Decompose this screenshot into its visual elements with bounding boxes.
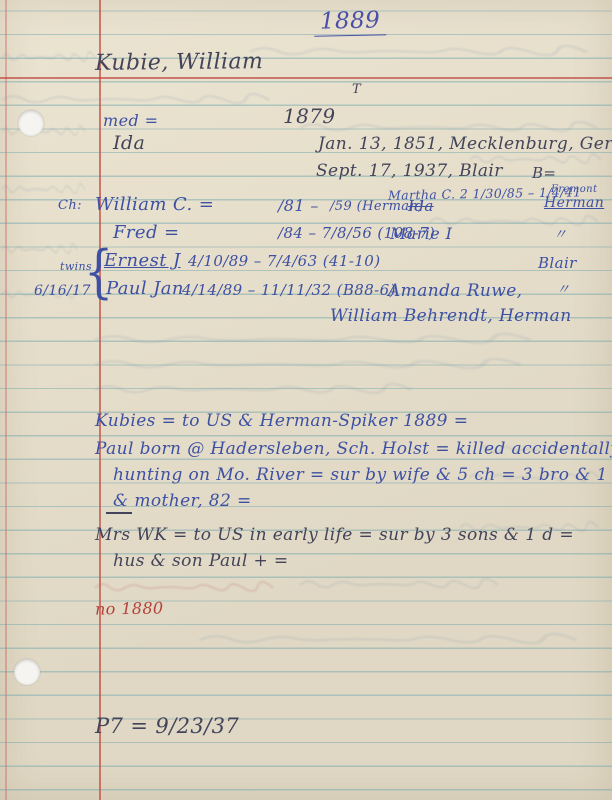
note-line: Mrs WK = to US in early life = sur by 3 …	[95, 525, 574, 545]
red-annotation: no 1880	[95, 598, 164, 618]
note-line: & mother, 82 =	[113, 491, 252, 511]
wife-name: Ida	[113, 132, 145, 154]
birth-line: Jan. 13, 1851, Mecklenburg, Ger	[318, 134, 612, 154]
child-name: William C. =	[95, 194, 214, 215]
t-mark: T	[352, 82, 361, 97]
child-place: Blair	[538, 254, 577, 272]
child-dates: 4/10/89 – 7/4/63 (41-10)	[188, 252, 380, 270]
child-dates: /81 –	[278, 196, 319, 215]
death-line: Sept. 17, 1937, Blair	[316, 161, 503, 181]
note-line: Paul born @ Hadersleben, Sch. Holst = ki…	[95, 439, 612, 459]
child-name: Fred =	[113, 222, 179, 243]
page-year-title: 1889	[314, 7, 387, 37]
child-spouse: Marie I	[390, 224, 452, 243]
top-red-line	[0, 77, 612, 79]
margin-date: 6/16/17	[34, 283, 91, 299]
footer-reference: P7 = 9/23/37	[95, 714, 239, 738]
buried-mark: B=	[532, 164, 556, 182]
margin-red-line	[99, 0, 101, 800]
witness-line: William Behrendt, Herman	[330, 306, 572, 326]
left-edge-red-line	[5, 0, 7, 800]
wed-year: 1879	[283, 104, 336, 128]
surname-heading: Kubie, William	[95, 49, 263, 76]
note-line: hunting on Mo. River = sur by wife & 5 c…	[113, 465, 612, 485]
punch-hole-bottom	[14, 659, 40, 685]
ditto-mark: 〃	[556, 279, 570, 299]
notebook-page: 1889 Kubie, William T med = 1879 Ida Jan…	[0, 0, 612, 800]
child-place: Herman	[544, 195, 604, 211]
note-line: Kubies = to US & Herman-Spiker 1889 =	[95, 411, 468, 431]
child-place-superscript: Fremont	[551, 184, 597, 195]
ditto-mark: 〃	[553, 224, 567, 244]
wed-label: med =	[103, 111, 158, 130]
child-name: Ernest J	[104, 250, 181, 271]
underline-mark	[106, 512, 132, 514]
note-line: hus & son Paul + =	[113, 551, 289, 571]
child-dates: 4/14/89 – 11/11/32 (B88-6)	[182, 281, 396, 299]
child-name: Paul Jan	[106, 278, 184, 299]
children-label: Ch:	[58, 198, 82, 213]
punch-hole-top	[18, 110, 44, 136]
child-spouse: Amanda Ruwe,	[388, 281, 522, 301]
